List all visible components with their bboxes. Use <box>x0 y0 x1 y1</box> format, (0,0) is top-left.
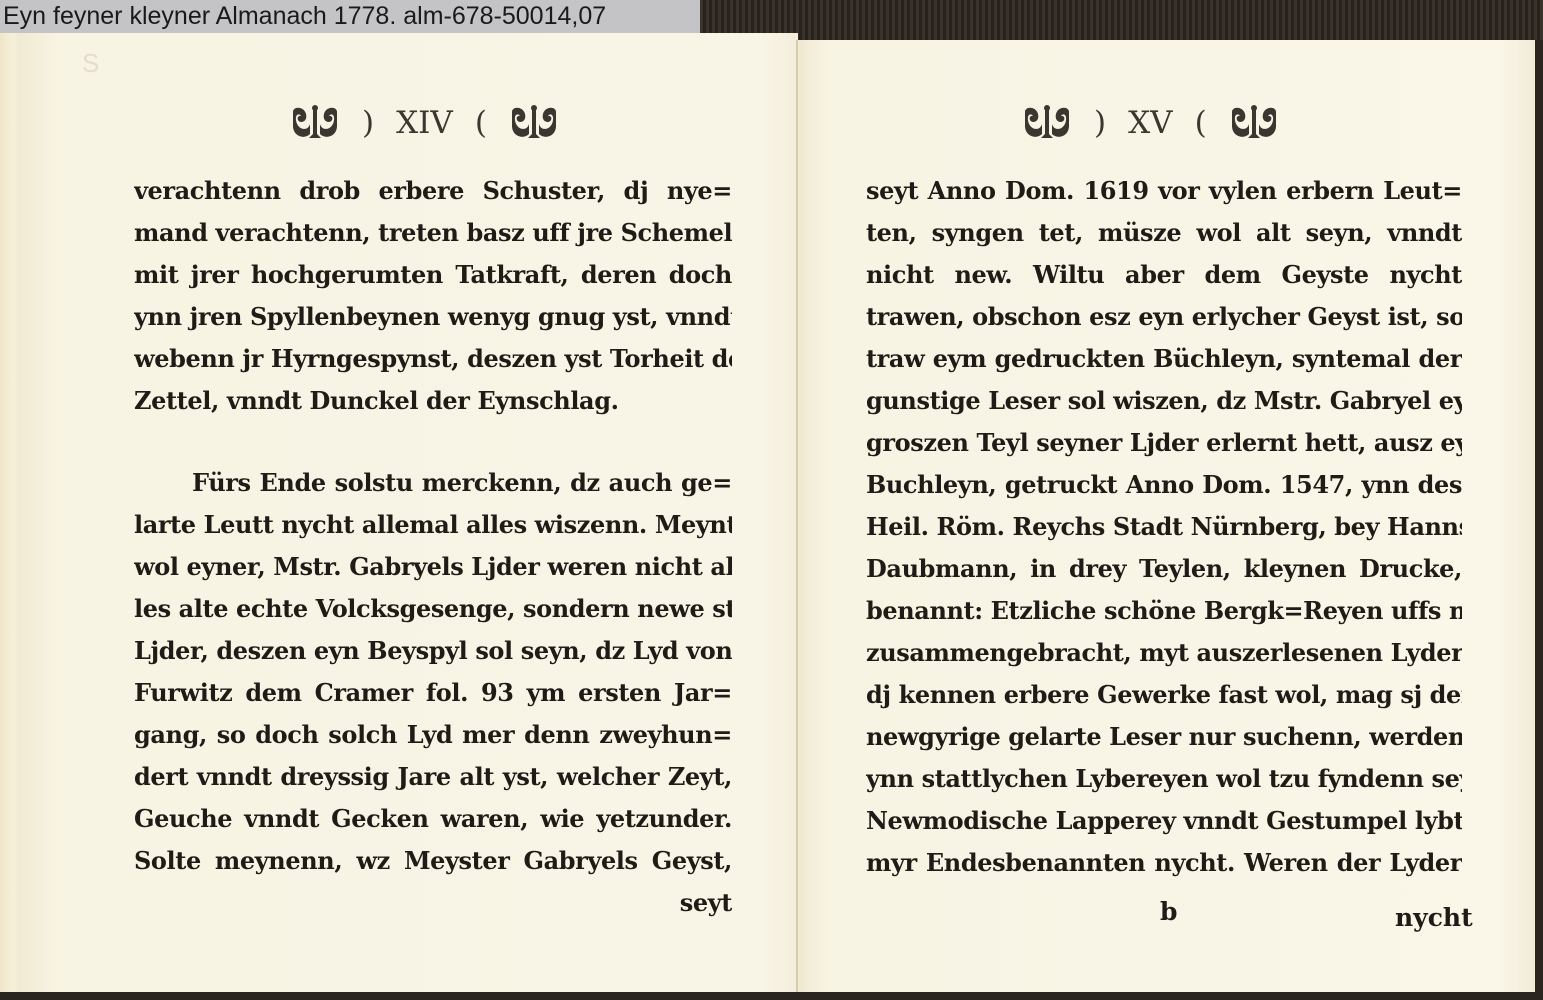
text-line: zusammengebracht, myt auszerlesenen Lyde… <box>866 632 1462 674</box>
fleuron-ornament-icon <box>509 104 559 142</box>
book-cover-bottom-edge <box>0 992 1543 1000</box>
fleuron-ornament-icon <box>290 104 340 142</box>
text-line: ynn jren Spyllenbeynen wenyg gnug yst, v… <box>134 296 732 338</box>
text-line: newgyrige gelarte Leser nur suchenn, wer… <box>866 716 1462 758</box>
page-number: XIV <box>396 105 453 141</box>
text-line: dert vnndt dreyssig Jare alt yst, welche… <box>134 756 732 798</box>
text-line: verachtenn drob erbere Schuster, dj nye= <box>134 170 732 212</box>
text-line: Zettel, vnndt Dunckel der Eynschlag. <box>134 380 732 422</box>
text-line: ynn stattlychen Lybereyen wol tzu fynden… <box>866 758 1462 800</box>
margin-mark: S <box>82 48 99 79</box>
header-paren-open: ) <box>1094 105 1106 141</box>
text-line: Daubmann, in drey Teylen, kleynen Drucke… <box>866 548 1462 590</box>
text-line: wol eyner, Mstr. Gabryels Ljder weren ni… <box>134 546 732 588</box>
text-line: les alte echte Volcksgesenge, sondern ne… <box>134 588 732 630</box>
left-page-header: ) XIV ( <box>290 104 559 142</box>
book-gutter <box>796 40 798 992</box>
text-line: Ljder, deszen eyn Beyspyl sol seyn, dz L… <box>134 630 732 672</box>
left-page-text: verachtenn drob erbere Schuster, dj nye=… <box>134 170 732 924</box>
text-line: benannt: Etzliche schöne Bergk=Reyen uff… <box>866 590 1462 632</box>
right-page-header: ) XV ( <box>1022 104 1279 142</box>
header-paren-close: ( <box>475 105 487 141</box>
signature-mark: b <box>1160 897 1177 926</box>
text-line: Newmodische Lapperey vnndt Gestumpel lyb… <box>866 800 1462 842</box>
book-cover-right-edge <box>1535 40 1543 1000</box>
text-line: Furwitz dem Cramer fol. 93 ym ersten Jar… <box>134 672 732 714</box>
text-line: Fürs Ende solstu merckenn, dz auch ge= <box>134 462 732 504</box>
catchword: seyt <box>134 882 732 924</box>
header-paren-close: ( <box>1195 105 1207 141</box>
text-line: dj kennen erbere Gewerke fast wol, mag s… <box>866 674 1462 716</box>
fleuron-ornament-icon <box>1022 104 1072 142</box>
text-line: groszen Teyl seyner Ljder erlernt hett, … <box>866 422 1462 464</box>
text-line: traw eym gedruckten Büchleyn, syntemal d… <box>866 338 1462 380</box>
image-caption: Eyn feyner kleyner Almanach 1778. alm-67… <box>0 0 700 33</box>
book-cover-edge <box>700 0 1543 42</box>
text-line: seyt Anno Dom. 1619 vor vylen erbern Leu… <box>866 170 1462 212</box>
text-line: mand verachtenn, treten basz uff jre Sch… <box>134 212 732 254</box>
text-line: Buchleyn, getruckt Anno Dom. 1547, ynn d… <box>866 464 1462 506</box>
text-line: larte Leutt nycht allemal alles wiszenn.… <box>134 504 732 546</box>
text-line: Geuche vnndt Gecken waren, wie yetzunder… <box>134 798 732 840</box>
text-line: webenn jr Hyrngespynst, deszen yst Torhe… <box>134 338 732 380</box>
text-line: nicht new. Wiltu aber dem Geyste nycht <box>866 254 1462 296</box>
text-line: gunstige Leser sol wiszen, dz Mstr. Gabr… <box>866 380 1462 422</box>
catchword: nycht <box>1395 903 1473 932</box>
text-line: trawen, obschon esz eyn erlycher Geyst i… <box>866 296 1462 338</box>
fleuron-ornament-icon <box>1229 104 1279 142</box>
text-line: mit jrer hochgerumten Tatkraft, deren do… <box>134 254 732 296</box>
header-paren-open: ) <box>362 105 374 141</box>
right-page-text: seyt Anno Dom. 1619 vor vylen erbern Leu… <box>866 170 1462 884</box>
text-line: ten, syngen tet, müsze wol alt seyn, vnn… <box>866 212 1462 254</box>
text-line: Heil. Röm. Reychs Stadt Nürnberg, bey Ha… <box>866 506 1462 548</box>
text-line: Solte meynenn, wz Meyster Gabryels Geyst… <box>134 840 732 882</box>
text-line: myr Endesbenannten nycht. Weren der Lyde… <box>866 842 1462 884</box>
page-number: XV <box>1128 105 1172 141</box>
text-line: gang, so doch solch Lyd mer denn zweyhun… <box>134 714 732 756</box>
